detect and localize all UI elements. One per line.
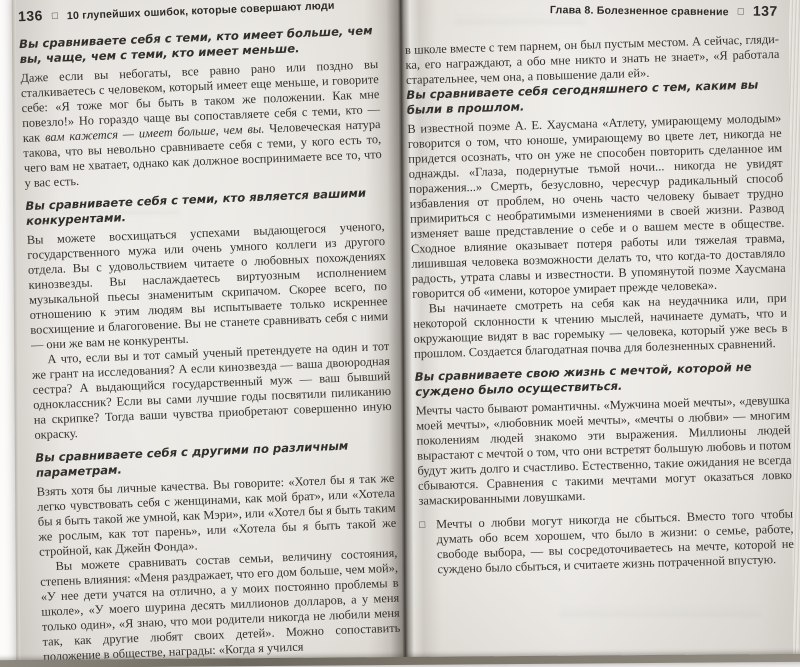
- paragraph: Вы можете сравнивать состав семьи, велич…: [39, 546, 401, 665]
- bullet-text: Мечты о любви могут никогда не сбыться. …: [436, 507, 795, 578]
- paragraph: Мечты часто бывают романтичны. «Мужчина …: [416, 393, 793, 509]
- paragraph: Даже если вы небогаты, все равно рано ил…: [20, 57, 382, 191]
- square-bullet-icon: □: [419, 517, 432, 577]
- running-head: Глава 8. Болезненное сравнение: [550, 4, 729, 18]
- paragraph: Вы начинаете смотреть на себя как на неу…: [413, 291, 789, 362]
- paragraph: Взять хотя бы личные качества. Вы говори…: [36, 471, 397, 560]
- right-page-body: в школе вместе с тем парнем, он был пуст…: [405, 32, 795, 578]
- right-page: Глава 8. Болезненное сравнение □ 137 в ш…: [404, 3, 795, 578]
- left-page-body: Вы сравниваете себя с теми, кто имеет бо…: [19, 23, 401, 665]
- square-marker-icon: □: [738, 6, 744, 17]
- page-number: 136: [18, 7, 43, 24]
- paragraph: Вы можете восхищаться успехами выдающего…: [27, 219, 389, 353]
- square-marker-icon: □: [52, 11, 58, 22]
- paragraph: В известной поэме А. Е. Хаусмана «Атлету…: [407, 111, 786, 302]
- paragraph: А что, если вы и тот самый ученый претен…: [31, 339, 392, 443]
- left-page: 136 □ 10 глупейших ошибок, которые совер…: [18, 0, 402, 665]
- book-photo: 136 □ 10 глупейших ошибок, которые совер…: [0, 0, 800, 667]
- section-heading: Вы сравниваете свою жизнь с мечтой, кото…: [415, 359, 790, 399]
- page-number: 137: [753, 3, 778, 19]
- right-page-header: Глава 8. Болезненное сравнение □ 137: [404, 0, 778, 19]
- bullet-item: □Мечты о любви могут никогда не сбыться.…: [419, 507, 795, 578]
